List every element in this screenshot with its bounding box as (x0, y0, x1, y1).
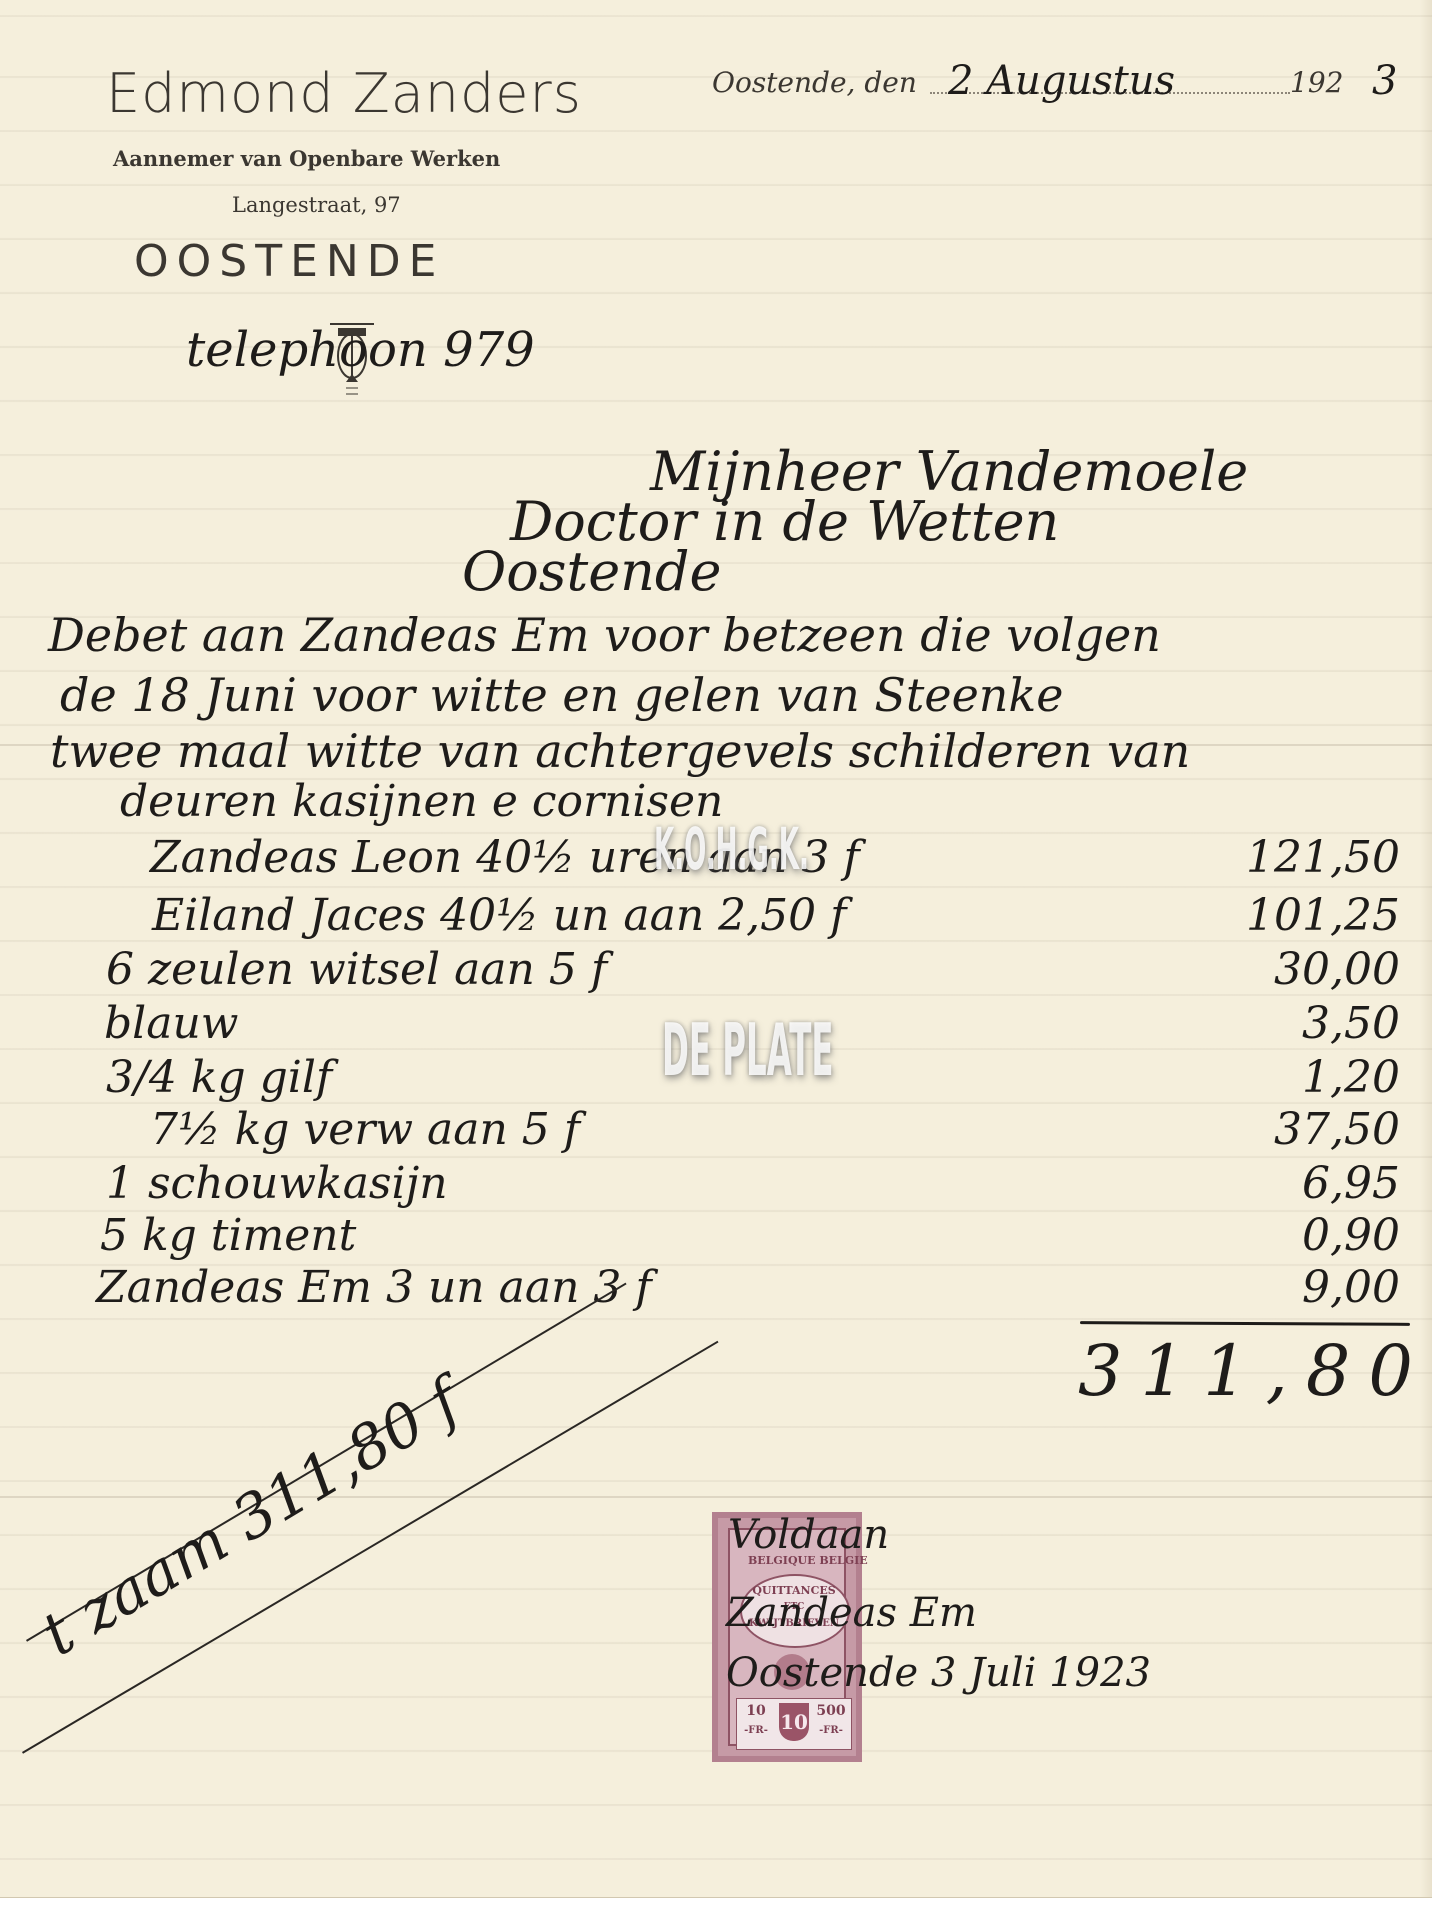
receipt-place-date: Oostende 3 Juli 1923 (726, 1650, 1151, 1696)
receipt-signature: Zandeas Em (726, 1590, 977, 1636)
company-subtitle: Aannemer van Openbare Werken (113, 146, 500, 171)
item-amount: 101,25 (1200, 890, 1400, 941)
item-amount: 0,90 (1200, 1210, 1400, 1261)
item-description: 5 kg timent (100, 1210, 356, 1261)
recipient-city: Oostende (462, 540, 721, 603)
body-line: twee maal witte van achtergevels schilde… (50, 724, 1190, 778)
item-amount: 37,50 (1200, 1104, 1400, 1155)
watermark-text: DE PLATE (662, 1008, 833, 1092)
item-amount: 6,95 (1200, 1158, 1400, 1209)
item-amount: 30,00 (1200, 944, 1400, 995)
stamp-center-value: 10 (779, 1703, 809, 1741)
body-line: Debet aan Zandeas Em voor betzeen die vo… (48, 608, 1161, 662)
watermark-text: K.O.H.G.K. (654, 815, 809, 883)
item-description: 7½ kg verw aan 5 f (150, 1104, 580, 1155)
phone-number-handwritten: telephoon 979 (186, 322, 535, 378)
year-handwritten: 3 (1372, 58, 1397, 104)
item-description: Eiland Jaces 40½ un aan 2,50 f (152, 890, 846, 941)
item-amount: 3,50 (1200, 998, 1400, 1049)
stamp-right-unit: -FR- (815, 1725, 847, 1736)
item-description: Zandeas Em 3 un aan 3 f (96, 1262, 652, 1313)
item-description: 3/4 kg gilf (106, 1052, 332, 1103)
item-amount: 1,20 (1200, 1052, 1400, 1103)
company-street: Langestraat, 97 (232, 193, 401, 217)
grand-total: 311,80 (1078, 1330, 1431, 1412)
item-description: deuren kasijnen e cornisen (120, 776, 723, 827)
receipt-paid: Voldaan (728, 1512, 889, 1558)
item-amount: 9,00 (1200, 1262, 1400, 1313)
body-line: de 18 Juni voor witte en gelen van Steen… (60, 668, 1064, 722)
item-description: 6 zeulen witsel aan 5 f (106, 944, 607, 995)
stamp-left-unit: -FR- (743, 1725, 769, 1736)
item-description: 1 schouwkasijn (106, 1158, 448, 1209)
company-name: Edmond Zanders (106, 62, 582, 125)
stamp-left-value: 10 (743, 1703, 769, 1719)
stamp-value-box: 10 -FR- 10 500 -FR- (736, 1698, 852, 1750)
stamp-right-value: 500 (815, 1703, 847, 1719)
place-date-label: Oostende, den (712, 66, 917, 99)
date-handwritten: 2 Augustus (948, 58, 1175, 104)
year-printed: 192 (1290, 66, 1343, 99)
item-amount: 121,50 (1200, 832, 1400, 883)
item-description: blauw (104, 998, 238, 1049)
company-city: OOSTENDE (134, 236, 444, 287)
